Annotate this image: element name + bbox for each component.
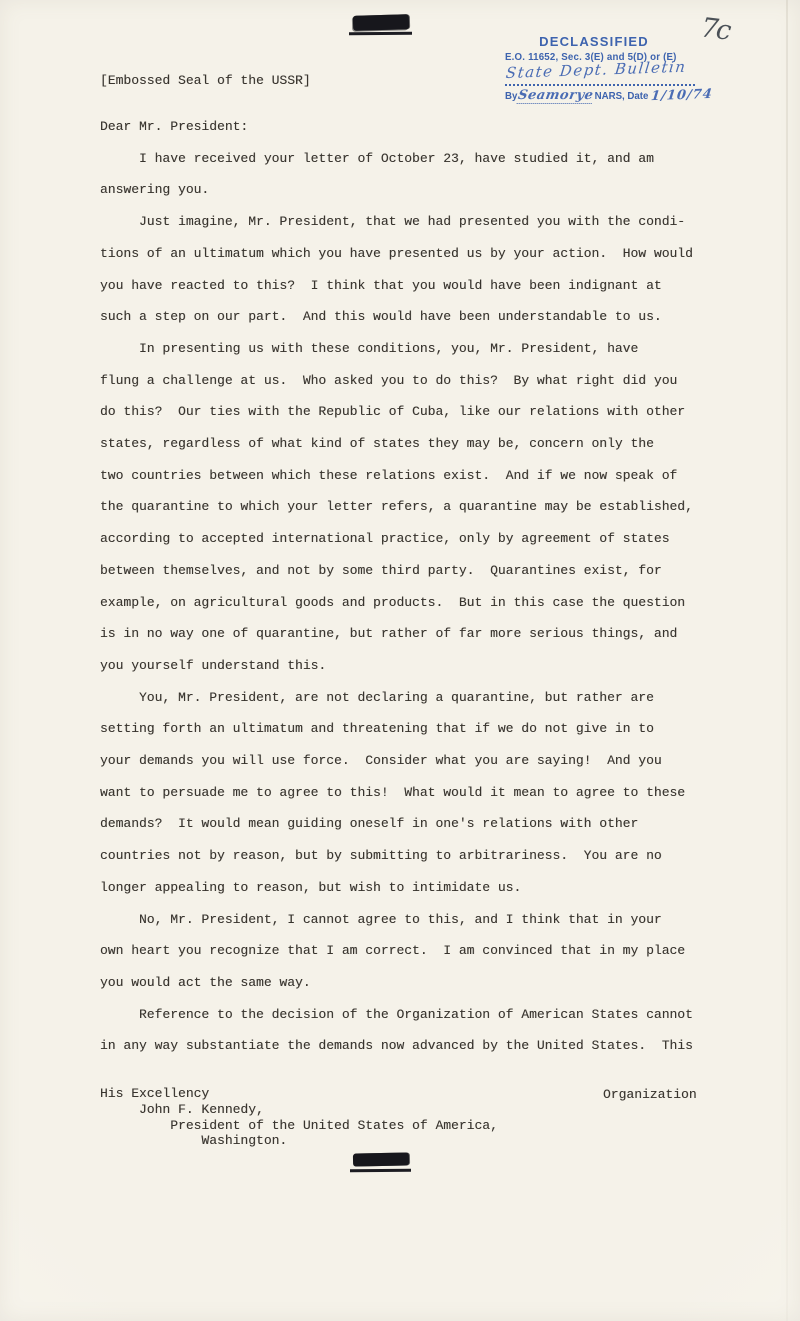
salutation: Dear Mr. President: [100,111,693,143]
body-line: flung a challenge at us. Who asked you t… [100,365,693,397]
declassified-stamp: DECLASSIFIED E.O. 11652, Sec. 3(E) and 5… [505,34,713,104]
letter-body: Dear Mr. President: I have received your… [100,111,693,1062]
body-line: your demands you will use force. Conside… [100,745,693,777]
redaction-bar-top [353,14,409,31]
body-line: do this? Our ties with the Republic of C… [100,396,693,428]
stamp-by-label: By [505,91,517,102]
stamp-date: 1/10/74 [651,87,714,104]
stamp-signature: Seamorye [517,88,595,104]
body-line: is in no way one of quarantine, but rath… [100,618,693,650]
body-line: demands? It would mean guiding oneself i… [100,808,693,840]
stamp-nars-label: NARS, Date [595,91,649,102]
body-line: In presenting us with these conditions, … [100,333,693,365]
stamp-source-underline: State Dept. Bulletin [505,64,695,86]
body-line: tions of an ultimatum which you have pre… [100,238,693,270]
body-line: states, regardless of what kind of state… [100,428,693,460]
body-line: example, on agricultural goods and produ… [100,587,693,619]
stamp-title: DECLASSIFIED [505,34,683,49]
body-line: in any way substantiate the demands now … [100,1030,693,1062]
body-line: own heart you recognize that I am correc… [100,935,693,967]
body-line: You, Mr. President, are not declaring a … [100,682,693,714]
address-block: His Excellency John F. Kennedy, Presiden… [100,1086,700,1149]
body-line: want to persuade me to agree to this! Wh… [100,777,693,809]
body-line: the quarantine to which your letter refe… [100,491,693,523]
address-line: John F. Kennedy, [100,1102,700,1118]
body-line: setting forth an ultimatum and threateni… [100,713,693,745]
body-line: according to accepted international prac… [100,523,693,555]
body-line: such a step on our part. And this would … [100,301,693,333]
body-line: Just imagine, Mr. President, that we had… [100,206,693,238]
address-line: President of the United States of Americ… [100,1118,700,1134]
redaction-bar-bottom [353,1152,409,1166]
body-line: Reference to the decision of the Organiz… [100,999,693,1031]
stamp-by-line: BySeamoryeNARS, Date1/10/74 [505,88,713,104]
address-line: Washington. [100,1133,700,1149]
redaction-underline-top [349,32,412,35]
body-line: between themselves, and not by some thir… [100,555,693,587]
body-line: you would act the same way. [100,967,693,999]
redaction-underline-bottom [350,1169,411,1172]
embossed-seal-note: [Embossed Seal of the USSR] [100,73,311,88]
body-line: No, Mr. President, I cannot agree to thi… [100,904,693,936]
document-page: 7c DECLASSIFIED E.O. 11652, Sec. 3(E) an… [0,0,800,1321]
body-line: longer appealing to reason, but wish to … [100,872,693,904]
body-line: answering you. [100,174,693,206]
body-line: you yourself understand this. [100,650,693,682]
address-line: His Excellency [100,1086,700,1102]
body-line: you have reacted to this? I think that y… [100,270,693,302]
body-line: two countries between which these relati… [100,460,693,492]
body-line: I have received your letter of October 2… [100,143,693,175]
body-line: countries not by reason, but by submitti… [100,840,693,872]
